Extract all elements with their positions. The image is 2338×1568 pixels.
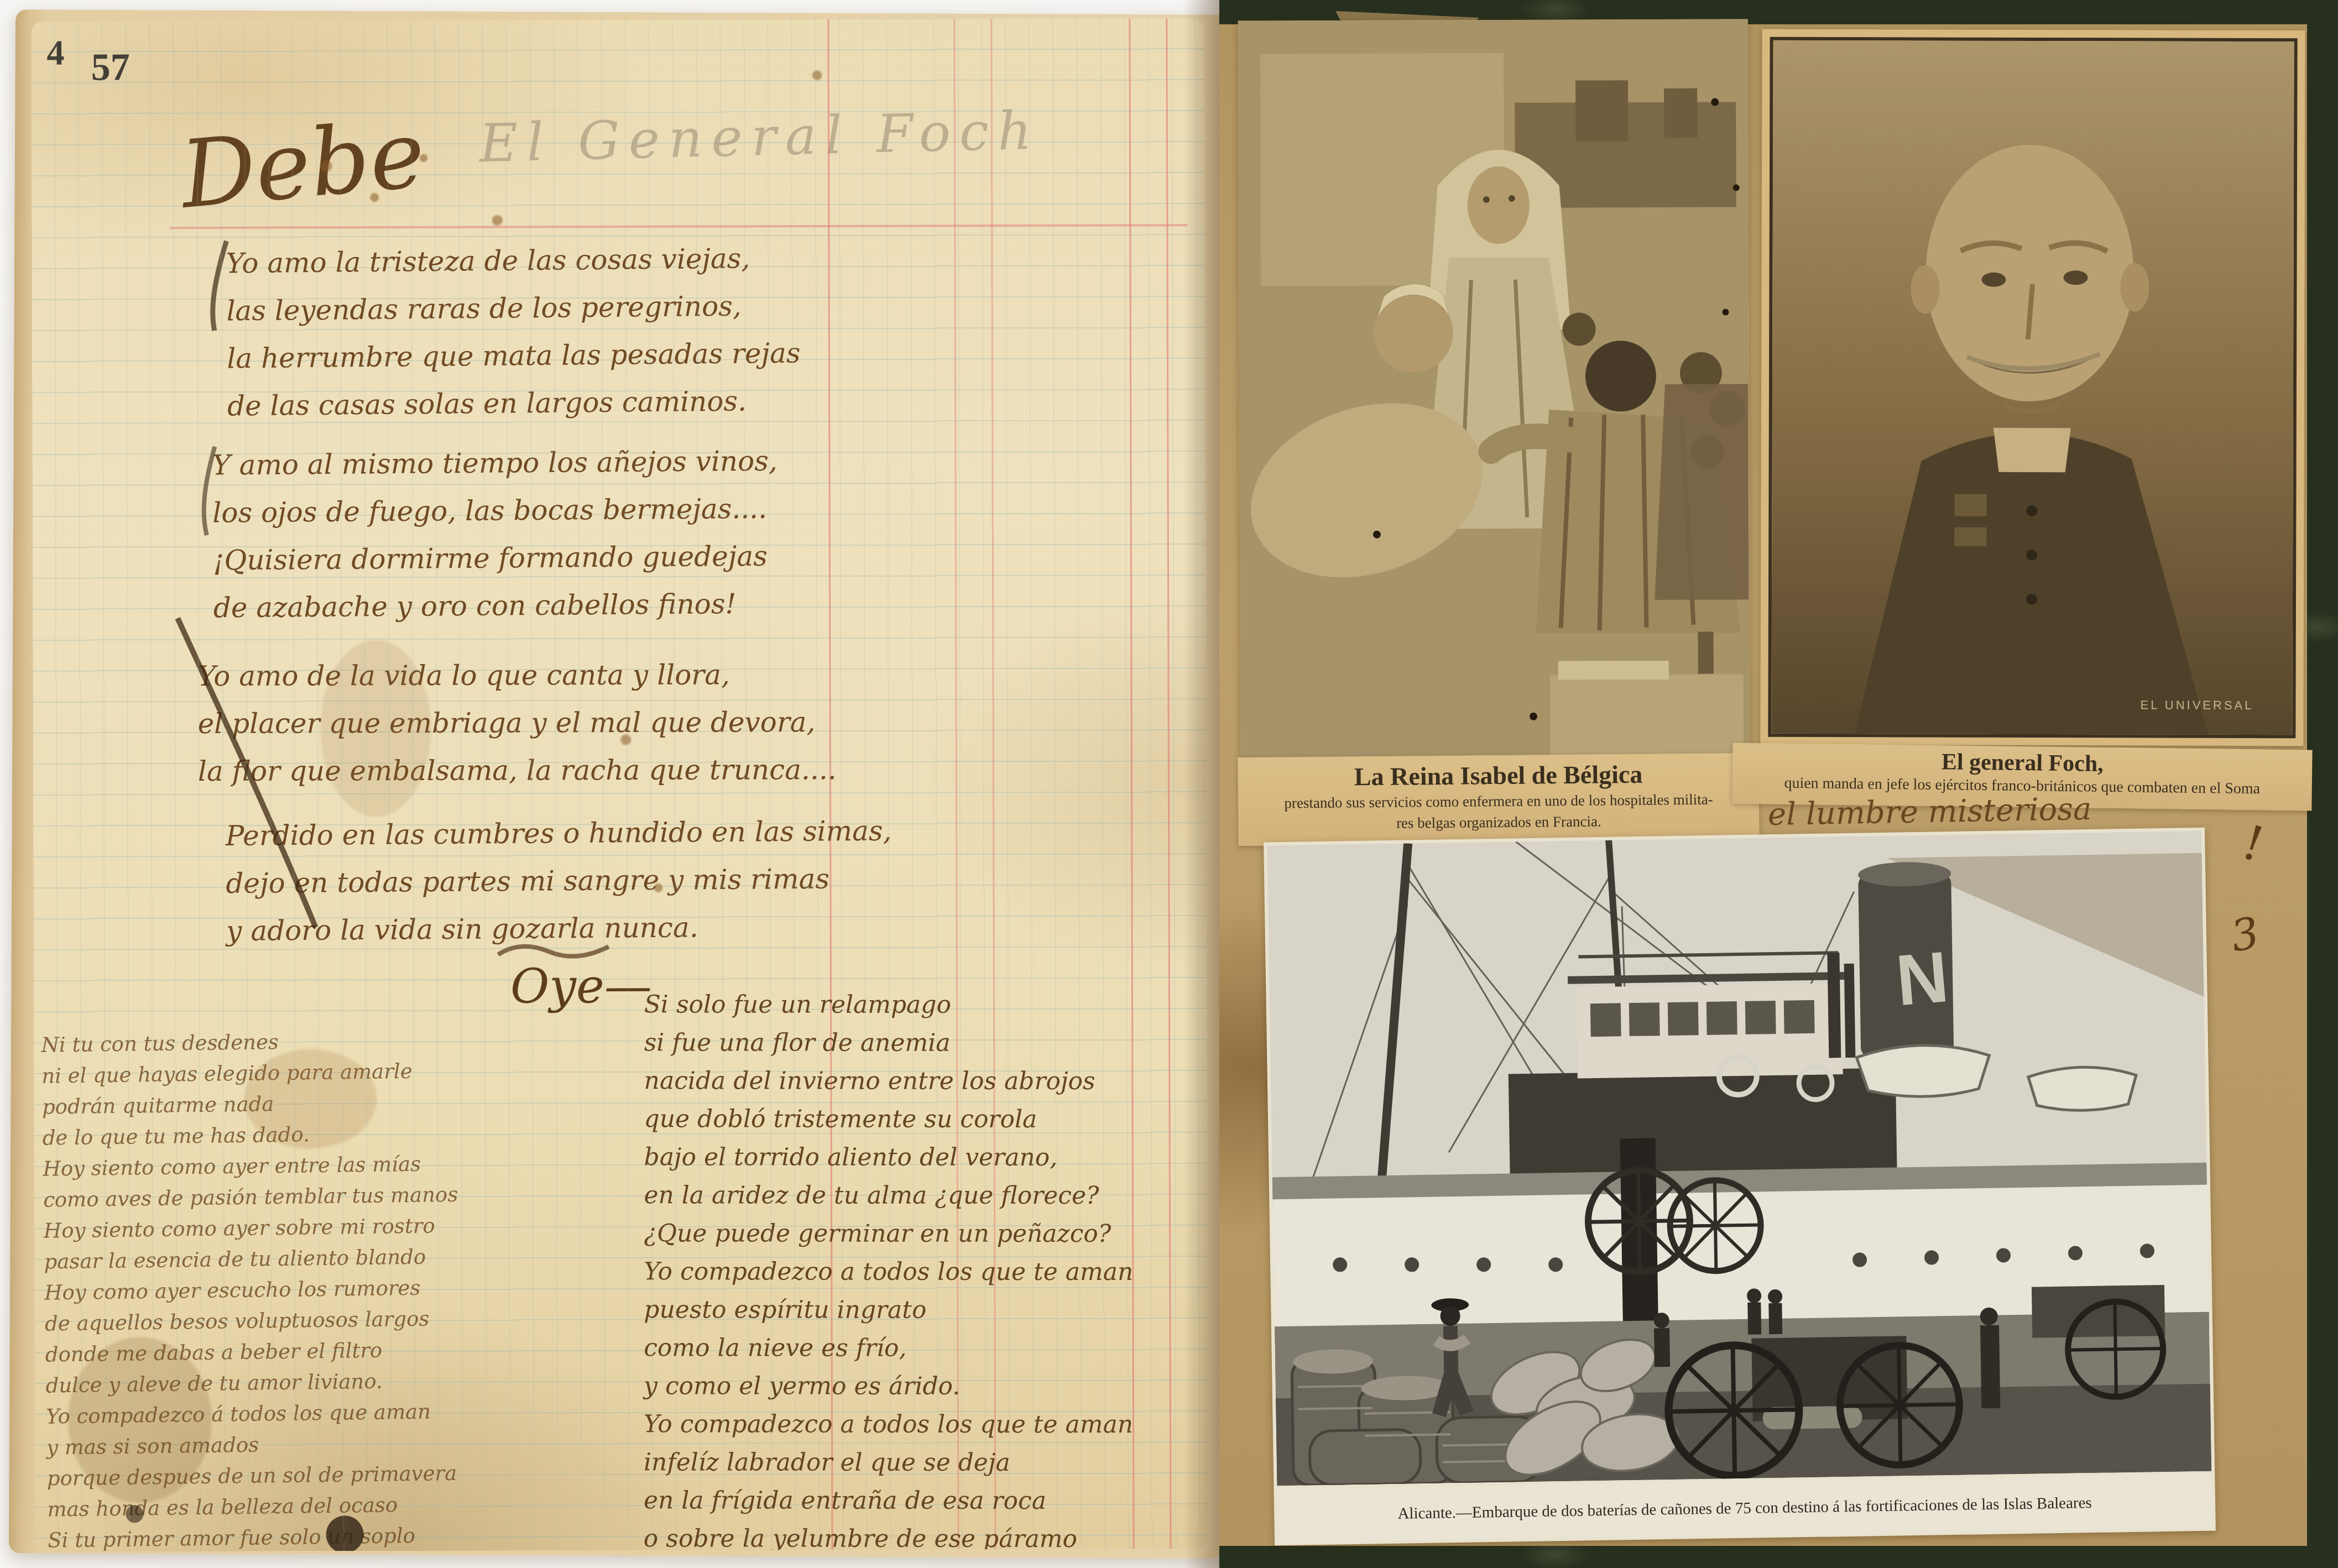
poem-line: o sobre la yelumbre de ese páramo (644, 1519, 1133, 1551)
foxing-spot (619, 733, 633, 746)
poem-line: Hoy como ayer escucho los rumores (44, 1272, 460, 1309)
poem-line: Yo compadezco a todos los que te aman (644, 1405, 1133, 1444)
poem-line: de aquellos besos voluptuosos largos (45, 1303, 460, 1340)
ship-loading-photo (1267, 831, 2211, 1486)
poem-column-oye: Si solo fue un relampago si fue una flor… (644, 985, 1134, 1551)
foxing-spot (319, 159, 333, 173)
ledger-debe-heading: Debe (176, 100, 429, 229)
portrait-frame: EL UNIVERSAL (1768, 37, 2297, 738)
poem-line: Hoy siento como ayer sobre mi rostro (44, 1210, 459, 1247)
poem-line: Yo amo de la vida lo que canta y llora, (197, 651, 836, 700)
poem-line: de lo que tu me has dado. (42, 1117, 457, 1154)
caption-queen-isabel: La Reina Isabel de Bélgica prestando sus… (1238, 753, 1759, 846)
right-scrapbook-page: La Reina Isabel de Bélgica prestando sus… (1219, 0, 2338, 1568)
poem-line: Yo compadezco a todos los que te aman (644, 1252, 1133, 1291)
clipping-queen-isabel-photo (1238, 19, 1751, 758)
poem-line: nacida del invierno entre los abrojos (644, 1062, 1134, 1100)
foxing-spot (419, 153, 429, 163)
pencil-title: El General Foch (479, 100, 1041, 174)
poem-line: Hoy siento como ayer entre las mías (43, 1148, 458, 1185)
poem-line: bajo el torrido aliento del verano, (644, 1138, 1133, 1177)
caption-alicante: Alicante.—Embarque de dos baterías de ca… (1277, 1475, 2212, 1543)
paper-stain (68, 1337, 212, 1503)
funnel-letter: N (1893, 935, 1951, 1022)
foxing-spot (653, 882, 664, 893)
paper-stain (244, 1049, 377, 1149)
press-credit: EL UNIVERSAL (2141, 698, 2254, 713)
poem-line: si fue una flor de anemia (644, 1023, 1134, 1062)
poem-line: Si tu primer amor fue solo un soplo (48, 1520, 463, 1552)
clipping-alicante-ship-photo: N Alicante.—Embarque de dos baterías de … (1264, 828, 2216, 1546)
poem-line: en la frígida entraña de esa roca (644, 1481, 1133, 1520)
page-number-outer: 4 (46, 33, 64, 74)
poem-line: el placer que embriaga y el mal que devo… (198, 698, 837, 748)
poem-line: Ni tu con tus desdenes (41, 1025, 456, 1061)
foxing-spot (369, 192, 380, 203)
poem-line: como la nieve es frío, (644, 1329, 1133, 1367)
ledger-rule-red (1166, 18, 1171, 1549)
foxing-spot (811, 69, 823, 81)
halftone-nurse-scene (1238, 19, 1751, 758)
poem-line: y adoro la vida sin gozarla nunca. (226, 902, 893, 955)
left-ledger-page: 4 57 El General Foch Debe Yo amo la tris… (31, 18, 1208, 1552)
paper-stain (320, 640, 431, 817)
caption-title: La Reina Isabel de Bélgica (1238, 759, 1758, 793)
page-number-inner: 57 (91, 45, 129, 90)
handwritten-margin-note: el lumbre misteriosa (1767, 791, 2091, 833)
poem-line: las leyendas raras de los peregrinos, (226, 282, 800, 335)
cover-edge-bottom (1219, 1546, 2338, 1568)
poem-line: la herrumbre que mata las pesadas rejas (227, 330, 801, 383)
poem-line: la flor que embalsama, la racha que trun… (198, 746, 837, 795)
poem-line: que dobló tristemente su corola (644, 1100, 1134, 1138)
poem-stanza-3: Yo amo de la vida lo que canta y llora, … (197, 651, 836, 795)
margin-exclamation-mark: ! (2235, 814, 2271, 873)
dialog-label-oye: Oye— (510, 959, 652, 1015)
halftone-foch-portrait (1771, 40, 2294, 735)
poem-line: Y amo al mismo tiempo los añejos vinos, (212, 437, 777, 489)
poem-line: Perdido en las cumbres o hundido en las … (225, 807, 891, 860)
poem-line: Si solo fue un relampago (644, 985, 1134, 1024)
poem-stanza-2: Y amo al mismo tiempo los añejos vinos, … (212, 437, 779, 632)
clipping-general-foch-portrait: EL UNIVERSAL (1760, 29, 2305, 746)
poem-line: ¿Que puede germinar en un peñazco? (644, 1214, 1133, 1253)
poem-line: infelíz labrador el que se deja (644, 1443, 1133, 1482)
foxing-spot (490, 214, 504, 227)
margin-flourish-mark: 3 (2227, 908, 2263, 961)
poem-line: Yo amo la tristeza de las cosas viejas, (226, 234, 800, 288)
poem-stanza-1: Yo amo la tristeza de las cosas viejas, … (226, 234, 801, 430)
poem-stanza-4: Perdido en las cumbres o hundido en las … (225, 807, 893, 955)
poem-line: y como el yermo es árido. (644, 1367, 1133, 1405)
ledger-header-rule (170, 224, 1187, 229)
poem-line: de las casas solas en largos caminos. (227, 377, 801, 430)
poem-line: de azabache y oro con cabellos finos! (213, 580, 779, 632)
poem-line: como aves de pasión temblar tus manos (43, 1179, 458, 1216)
poem-line: dejo en todas partes mi sangre y mis rim… (226, 855, 892, 907)
poem-line: puesto espíritu ingrato (644, 1290, 1133, 1329)
poem-line: pasar la esencia de tu aliento blando (44, 1241, 459, 1278)
poem-line: en la aridez de tu alma ¿que florece? (644, 1176, 1133, 1215)
poem-line: los ojos de fuego, las bocas bermejas...… (212, 485, 778, 537)
poem-line: ¡Quisiera dormirme formando guedejas (213, 532, 779, 584)
scrapbook-scan: 4 57 El General Foch Debe Yo amo la tris… (0, 0, 2338, 1568)
